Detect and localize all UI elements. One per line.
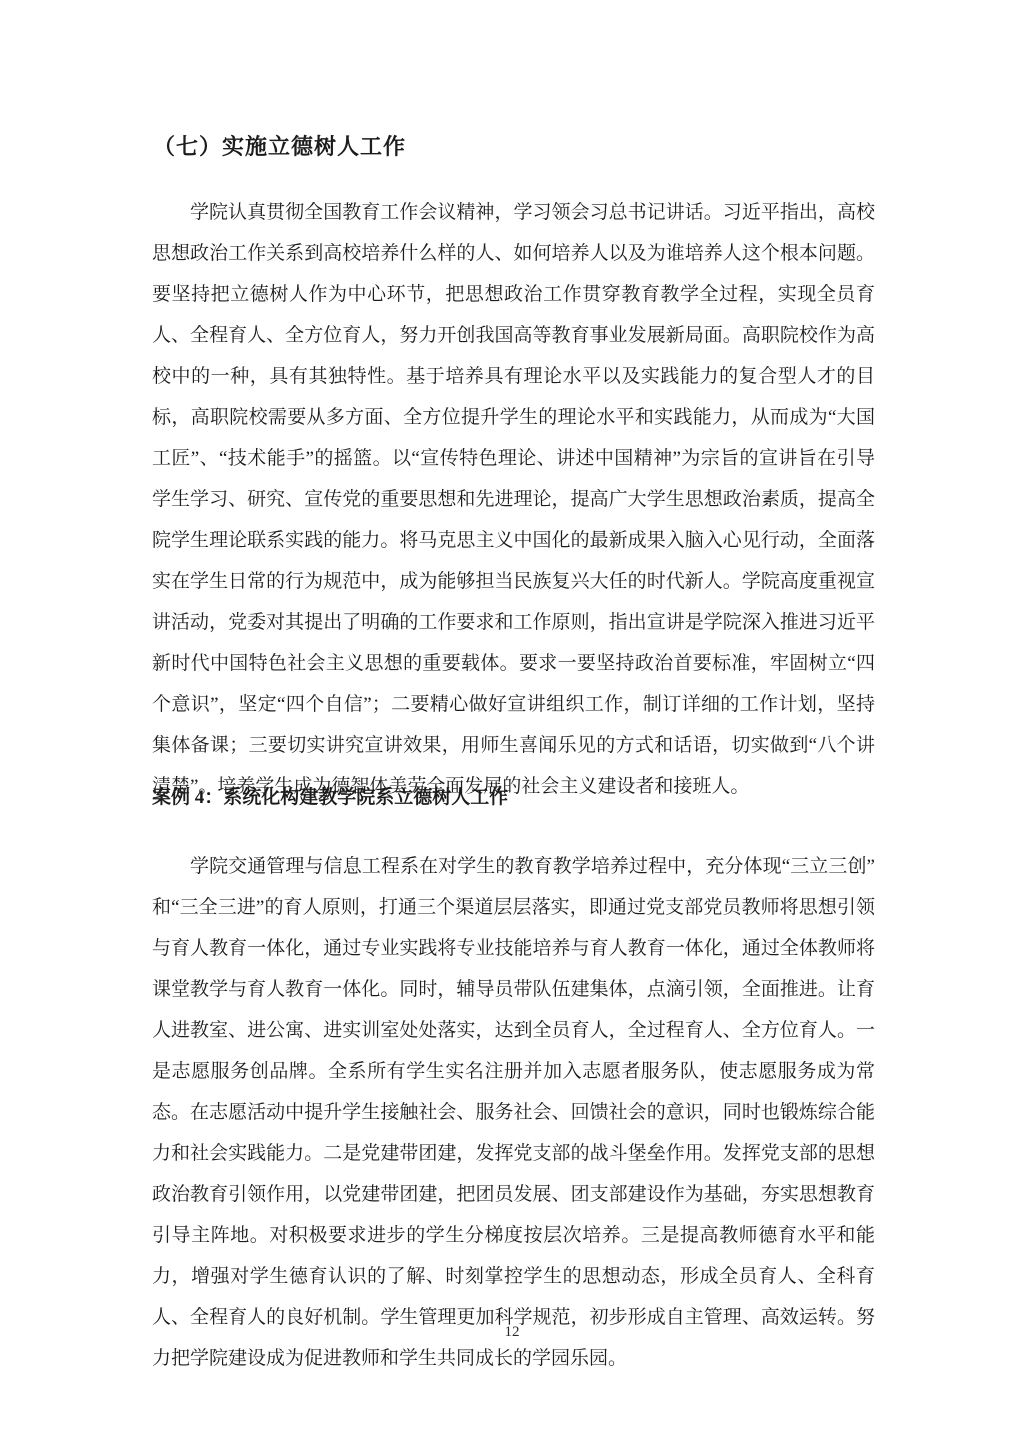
- document-page: （七）实施立德树人工作 学院认真贯彻全国教育工作会议精神，学习领会习总书记讲话。…: [0, 0, 1024, 1448]
- paragraph-1: 学院认真贯彻全国教育工作会议精神，学习领会习总书记讲话。习近平指出，高校思想政治…: [152, 192, 875, 807]
- paragraph-2: 学院交通管理与信息工程系在对学生的教育教学培养过程中，充分体现“三立三创”和“三…: [152, 846, 875, 1379]
- page-number: 12: [0, 1322, 1024, 1342]
- case-heading: 案例 4：系统化构建教学院系立德树人工作: [152, 777, 508, 818]
- section-title: （七）实施立德树人工作: [153, 132, 406, 162]
